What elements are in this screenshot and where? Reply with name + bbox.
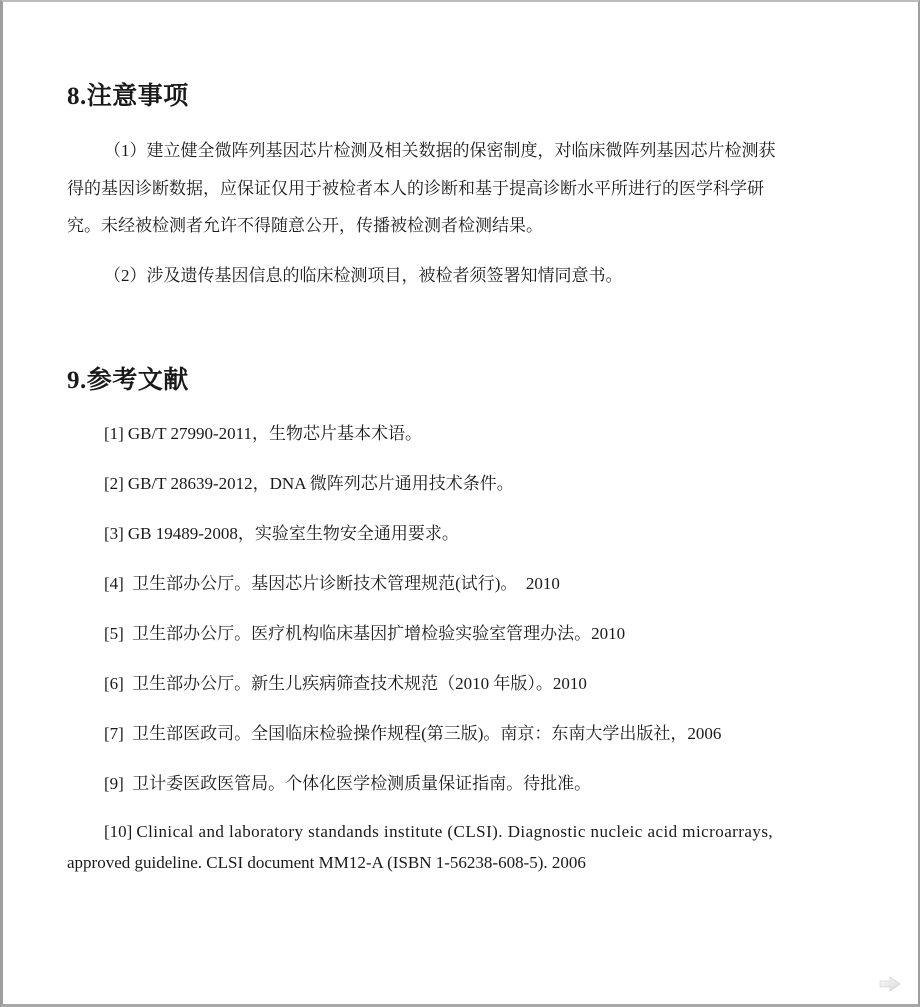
- reference-text: 卫计委医政医管局。个体化医学检测质量保证指南。待批准。: [128, 774, 591, 793]
- notes-paragraph-1-line-2: 得的基因诊断数据，应保证仅用于被检者本人的诊断和基于提高诊断水平所进行的医学科学…: [67, 179, 764, 199]
- reference-item-7: [7] 卫生部医政司。全国临床检验操作规程(第三版)。南京：东南大学出版社，20…: [104, 724, 721, 744]
- notes-paragraph-1-line-3: 究。未经被检测者允许不得随意公开，传播被检测者检测结果。: [67, 216, 543, 236]
- reference-text: 卫生部办公厅。医疗机构临床基因扩增检验实验室管理办法。2010: [128, 624, 625, 643]
- reference-number: [2]: [104, 474, 124, 493]
- reference-item-2: [2]GB/T 28639-2012，DNA 微阵列芯片通用技术条件。: [104, 474, 514, 494]
- reference-number: [3]: [104, 524, 124, 543]
- section-heading-notes: 8.注意事项: [67, 76, 189, 112]
- arrow-right-icon[interactable]: [879, 976, 901, 992]
- reference-number: [4]: [104, 574, 124, 593]
- reference-text: 卫生部医政司。全国临床检验操作规程(第三版)。南京：东南大学出版社，2006: [128, 724, 722, 743]
- notes-paragraph-1-line-1: （1）建立健全微阵列基因芯片检测及相关数据的保密制度，对临床微阵列基因芯片检测获: [104, 141, 776, 161]
- reference-number: [7]: [104, 724, 124, 743]
- reference-item-5: [5] 卫生部办公厅。医疗机构临床基因扩增检验实验室管理办法。2010: [104, 624, 625, 644]
- reference-number: [6]: [104, 674, 124, 693]
- reference-item-10-line-2: approved guideline. CLSI document MM12-A…: [67, 853, 586, 873]
- reference-text: GB/T 28639-2012，DNA 微阵列芯片通用技术条件。: [128, 474, 514, 493]
- reference-item-9: [9] 卫计委医政医管局。个体化医学检测质量保证指南。待批准。: [104, 774, 591, 794]
- reference-item-10: [10]Clinical and laboratory standands in…: [104, 822, 773, 842]
- reference-item-6: [6] 卫生部办公厅。新生儿疾病筛查技术规范（2010 年版）。2010: [104, 674, 587, 694]
- reference-text: 卫生部办公厅。基因芯片诊断技术管理规范(试行)。 2010: [128, 574, 560, 593]
- section-heading-references: 9.参考文献: [67, 360, 189, 396]
- reference-text: GB/T 27990-2011，生物芯片基本术语。: [128, 424, 422, 443]
- reference-item-3: [3]GB 19489-2008，实验室生物安全通用要求。: [104, 524, 459, 544]
- reference-number: [1]: [104, 424, 124, 443]
- reference-number: [9]: [104, 774, 124, 793]
- reference-number: [10]: [104, 822, 132, 841]
- reference-text-line-1: Clinical and laboratory standands instit…: [136, 822, 773, 841]
- reference-text: GB 19489-2008，实验室生物安全通用要求。: [128, 524, 459, 543]
- reference-text: 卫生部办公厅。新生儿疾病筛查技术规范（2010 年版）。2010: [128, 674, 587, 693]
- reference-item-1: [1]GB/T 27990-2011，生物芯片基本术语。: [104, 424, 422, 444]
- reference-item-4: [4] 卫生部办公厅。基因芯片诊断技术管理规范(试行)。 2010: [104, 574, 560, 594]
- notes-paragraph-2: （2）涉及遗传基因信息的临床检测项目，被检者须签署知情同意书。: [104, 266, 623, 286]
- reference-number: [5]: [104, 624, 124, 643]
